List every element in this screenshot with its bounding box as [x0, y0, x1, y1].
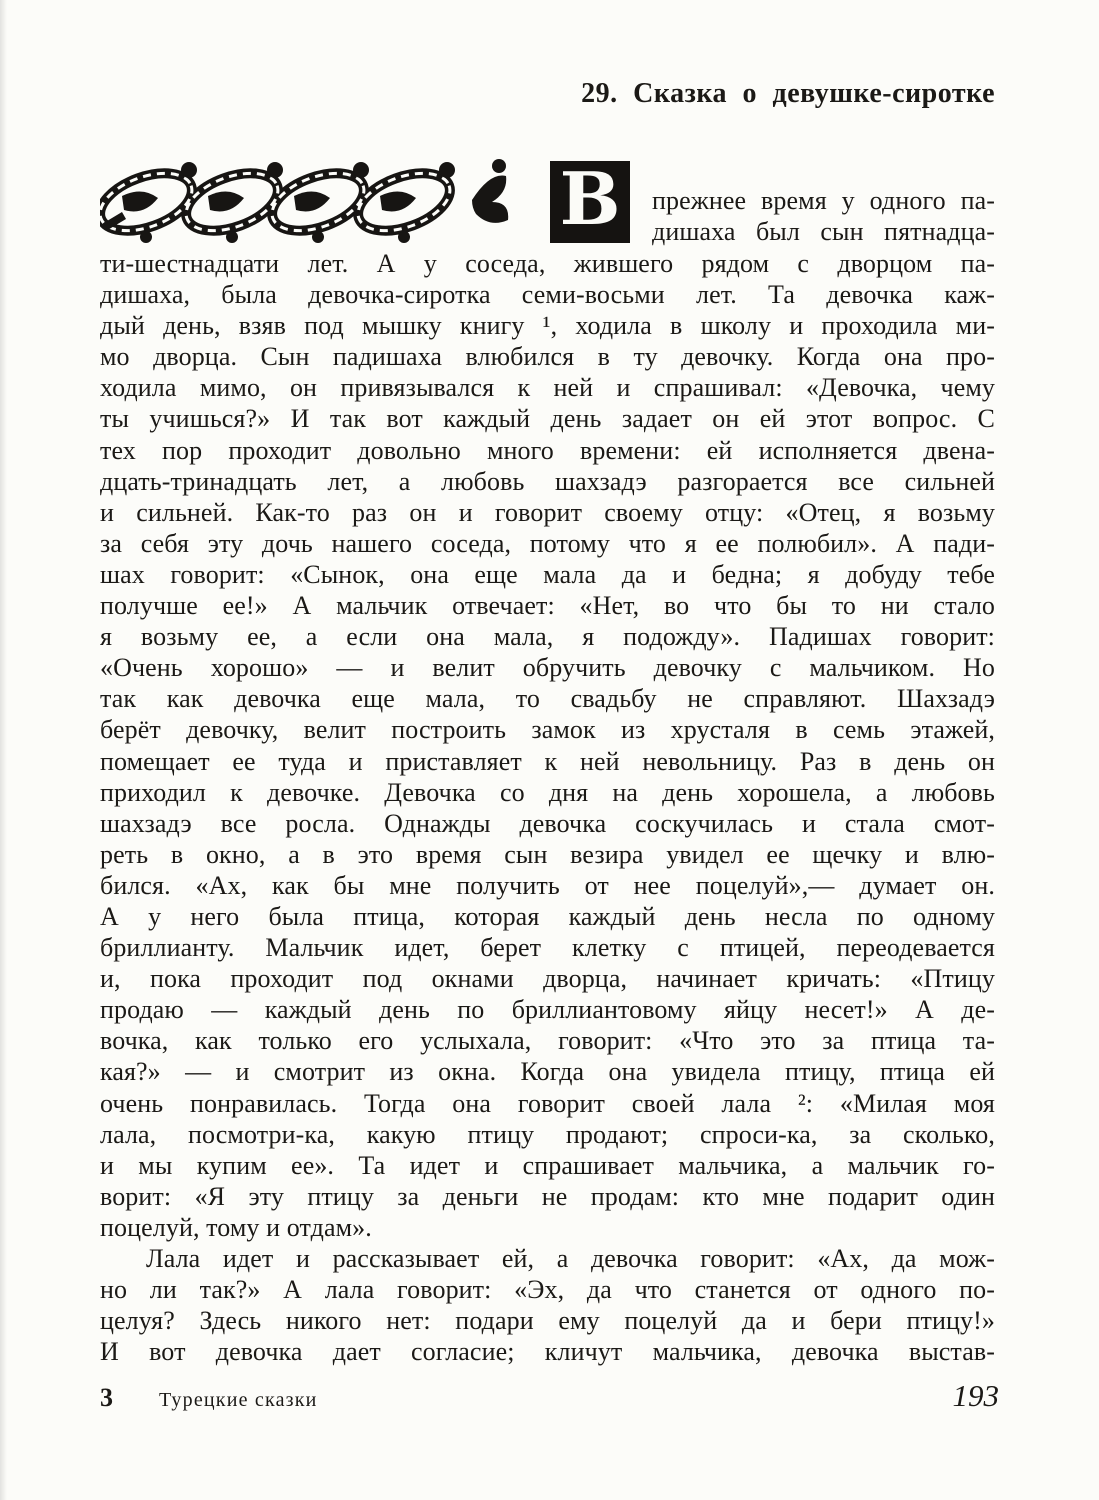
text-line: кая?» — и смотрит из окна. Когда она уви… — [100, 1056, 995, 1087]
text-line: ворит: «Я эту птицу за деньги не продам:… — [100, 1181, 995, 1212]
text-line: берёт девочку, велит построить замок из … — [100, 714, 995, 745]
page-footer: 3 Турецкие сказки 193 — [100, 1378, 999, 1414]
text-line: лала, посмотри-ка, какую птицу продают; … — [100, 1119, 995, 1150]
text-line: помещает ее туда и приставляет к ней нев… — [100, 746, 995, 777]
text-line: вочка, как только его услыхала, говорит:… — [100, 1025, 995, 1056]
text-line: Лала идет и рассказывает ей, а девочка г… — [100, 1243, 995, 1274]
text-line: так как девочка еще мала, то свадьбу не … — [100, 683, 995, 714]
text-line: реть в окно, а в это время сын везира ув… — [100, 839, 995, 870]
text-line: шахзадэ все росла. Однажды девочка соску… — [100, 808, 995, 839]
text-line: дцать-тринадцать лет, а любовь шахзадэ р… — [100, 466, 995, 497]
text-line: очень понравилась. Тогда она говорит сво… — [100, 1088, 995, 1119]
text-line: за себя эту дочь нашего соседа, потому ч… — [100, 528, 995, 559]
text-line: и, пока проходит под окнами дворца, начи… — [100, 963, 995, 994]
text-line: «Очень хорошо» — и велит обручить девочк… — [100, 652, 995, 683]
text-line: ти-шестнадцати лет. А у соседа, жившего … — [100, 248, 995, 279]
text-line: продаю — каждый день по бриллиантовому я… — [100, 994, 995, 1025]
text-line: прежнее время у одного па- — [652, 185, 995, 216]
headpiece: В — [100, 158, 630, 248]
chapter-title: 29. Сказка о девушке-сиротке — [100, 78, 995, 110]
text-line: целуя? Здесь никого нет: подари ему поце… — [100, 1305, 995, 1336]
text-line: поцелуй, тому и отдам». — [100, 1212, 995, 1243]
text-line: и сильней. Как-то раз он и говорит своем… — [100, 497, 995, 528]
braid-ornament-icon — [100, 158, 528, 246]
text-line: и мы купим ее». Та идет и спрашивает мал… — [100, 1150, 995, 1181]
text-line: приходил к девочке. Девочка со дня на де… — [100, 777, 995, 808]
chapter-opening: В прежнее время у одного па-дишаха был с… — [100, 158, 995, 248]
text-line: дишаха, была девочка-сиротка семи-восьми… — [100, 279, 995, 310]
text-line: получше ее!» А мальчик отвечает: «Нет, в… — [100, 590, 995, 621]
book-page-scan: 29. Сказка о девушке-сиротке — [0, 0, 1099, 1500]
text-line: я возьму ее, а если она мала, я подожду»… — [100, 621, 995, 652]
story-paragraph-1: ти-шестнадцати лет. А у соседа, жившего … — [100, 248, 995, 1243]
drop-cap-letter: В — [550, 161, 630, 243]
running-title: Турецкие сказки — [159, 1389, 318, 1412]
signature-mark: 3 — [100, 1383, 113, 1413]
text-line: тех пор проходит довольно много времени:… — [100, 435, 995, 466]
text-line: мо дворца. Сын падишаха влюбился в ту де… — [100, 341, 995, 372]
scan-gutter-shadow — [0, 0, 7, 1500]
text-line: дишаха был сын пятнадца- — [652, 216, 995, 247]
text-line: бриллианту. Мальчик идет, берет клетку с… — [100, 932, 995, 963]
text-line: бился. «Ах, как бы мне получить от нее п… — [100, 870, 995, 901]
story-text: ти-шестнадцати лет. А у соседа, жившего … — [100, 248, 995, 1367]
text-line: А у него была птица, которая каждый день… — [100, 901, 995, 932]
text-line: шах говорит: «Сынок, она еще мала да и б… — [100, 559, 995, 590]
story-paragraph-2: Лала идет и рассказывает ей, а девочка г… — [100, 1243, 995, 1367]
text-line: И вот девочка дает согласие; кличут маль… — [100, 1336, 995, 1367]
text-line: дый день, взяв под мышку книгу ¹, ходила… — [100, 310, 995, 341]
page-number: 193 — [953, 1378, 1000, 1414]
text-line: но ли так?» А лала говорит: «Эх, да что … — [100, 1274, 995, 1305]
text-line: ты учишься?» И так вот каждый день задае… — [100, 403, 995, 434]
opening-text-lines: прежнее время у одного па-дишаха был сын… — [652, 185, 995, 248]
text-line: ходила мимо, он привязывался к ней и спр… — [100, 372, 995, 403]
